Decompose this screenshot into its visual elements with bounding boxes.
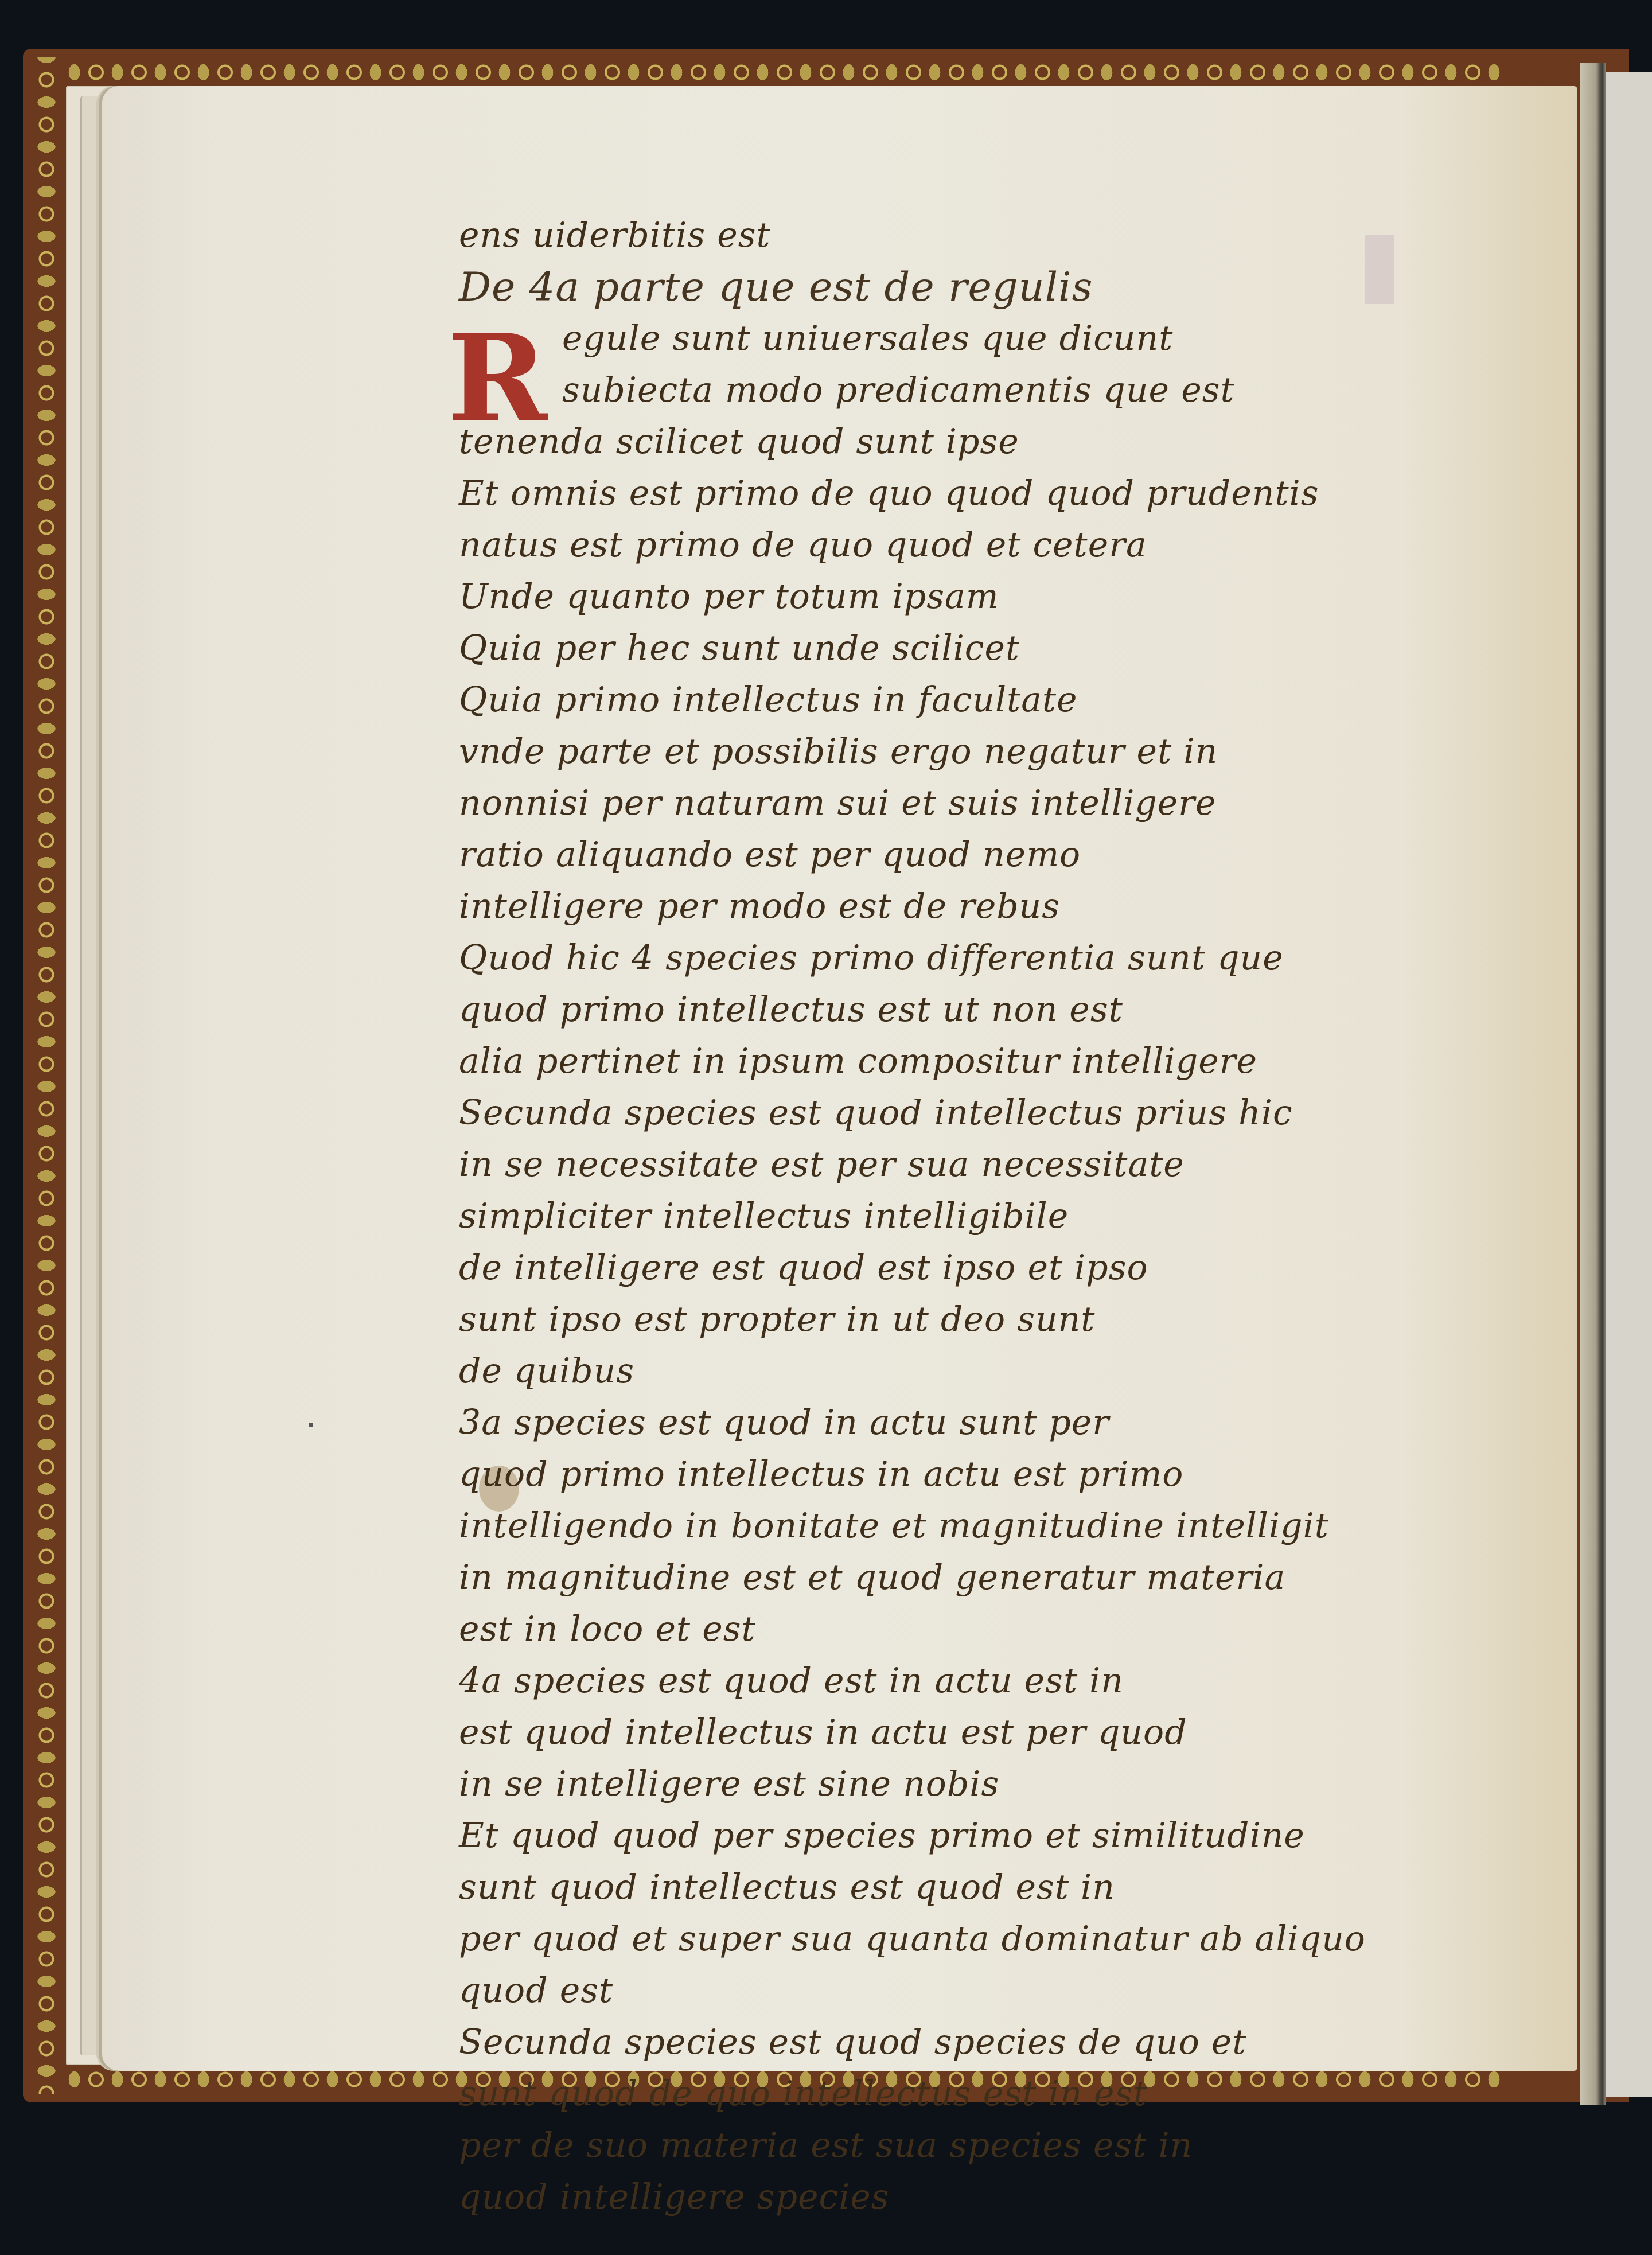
text-line: Secunda species est quod intellectus pri… [459, 1087, 1537, 1139]
text-line: 3a species est quod in actu sunt per [459, 1397, 1537, 1448]
text-line: est in loco et est [459, 1603, 1537, 1655]
text-line: per de suo materia est sua species est i… [459, 2120, 1537, 2171]
text-line: in se intelligere est sine nobis [459, 1758, 1537, 1810]
text-line: de quibus [459, 1345, 1537, 1397]
text-line: Et quod quod per species primo et simili… [459, 1810, 1537, 1861]
gold-tooled-border-top [32, 57, 1500, 87]
text-line: quod intelligere species [459, 2171, 1537, 2223]
text-line: sunt quod de quo intellectus est in est [459, 2068, 1537, 2120]
text-line: in se necessitate est per sua necessitat… [459, 1139, 1537, 1190]
gold-tooled-border-left [30, 57, 63, 2094]
text-line: alia pertinet in ipsum compositur intell… [459, 1035, 1537, 1087]
text-line: nonnisi per naturam sui et suis intellig… [459, 777, 1537, 829]
text-line: in magnitudine est et quod generatur mat… [459, 1552, 1537, 1603]
text-line: intelligendo in bonitate et magnitudine … [459, 1500, 1537, 1552]
text-line: tenenda scilicet quod sunt ipse [459, 416, 1537, 468]
facing-page-edge [1606, 72, 1652, 2097]
text-line: ens uiderbitis est [459, 209, 1537, 261]
text-line: Quod hic 4 species primo differentia sun… [459, 932, 1537, 984]
text-line: ratio aliquando est per quod nemo [459, 829, 1537, 881]
text-line: simpliciter intellectus intelligibile [459, 1190, 1537, 1242]
text-line: quod est [459, 1965, 1537, 2016]
text-line: natus est primo de quo quod et cetera [459, 519, 1537, 571]
page-speck [309, 1423, 313, 1427]
text-line: intelligere per modo est de rebus [459, 881, 1537, 932]
text-line: est quod intellectus in actu est per quo… [459, 1707, 1537, 1758]
text-line: Secunda species est quod species de quo … [459, 2016, 1537, 2068]
section-heading: De 4a parte que est de regulis [459, 261, 1537, 313]
text-line: sunt ipso est propter in ut deo sunt [459, 1294, 1537, 1345]
text-block: ens uiderbitis est De 4a parte que est d… [459, 209, 1537, 2223]
text-line: quod primo intellectus est ut non est [459, 984, 1537, 1035]
text-line: Quia per hec sunt unde scilicet [459, 622, 1537, 674]
text-line: de intelligere est quod est ipso et ipso [459, 1242, 1537, 1294]
text-line: sunt quod intellectus est quod est in [459, 1861, 1537, 1913]
text-line: subiecta modo predicamentis que est [459, 364, 1537, 416]
text-line: per quod et super sua quanta dominatur a… [459, 1913, 1537, 1965]
text-line: egule sunt uniuersales que dicunt [459, 313, 1537, 364]
text-line: 4a species est quod est in actu est in [459, 1655, 1537, 1707]
text-line: quod primo intellectus in actu est primo [459, 1448, 1537, 1500]
text-line: vnde parte et possibilis ergo negatur et… [459, 726, 1537, 777]
text-line: Unde quanto per totum ipsam [459, 571, 1537, 622]
text-line: Et omnis est primo de quo quod quod prud… [459, 468, 1537, 519]
spine-gutter [1580, 63, 1606, 2105]
text-line: Quia primo intellectus in facultate [459, 674, 1537, 726]
